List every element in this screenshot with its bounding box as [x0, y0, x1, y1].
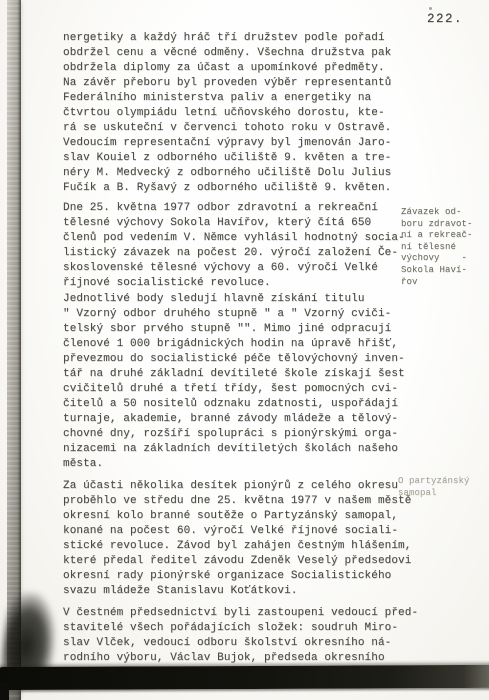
scan-corner-bottom-left: [0, 682, 9, 700]
paragraph-jednotlive-body: Jednotlivé body sledují hlavně získání t…: [63, 292, 428, 472]
page-number: 222.: [427, 12, 463, 26]
margin-note-zavazek-odboru: Závazek od- boru zdravot- ní a rekreač- …: [401, 207, 473, 288]
paragraph-energetika-turnaj: nergetiky a každý hráč tří družstev podl…: [63, 31, 428, 196]
paragraph-cestne-predsednictvi: V čestném předsednictví byli zastoupeni …: [63, 606, 428, 666]
scan-smudge-bottom-left: [0, 590, 60, 679]
body-text-column: nergetiky a každý hráč tří družstev podl…: [63, 31, 428, 666]
scan-speck: [429, 7, 432, 10]
scanned-document-page: 222. nergetiky a každý hráč tří družstev…: [0, 0, 489, 700]
scan-band-bottom: [0, 665, 489, 690]
paragraph-zavazek-sokol-havirov: Dne 25. května 1977 odbor zdravotní a re…: [63, 201, 428, 291]
margin-note-o-partyzansky-samopal: O partyzánský samopal: [398, 476, 470, 499]
paragraph-partyzansky-samopal: Za účasti několika desítek pionýrů z cel…: [63, 479, 428, 599]
